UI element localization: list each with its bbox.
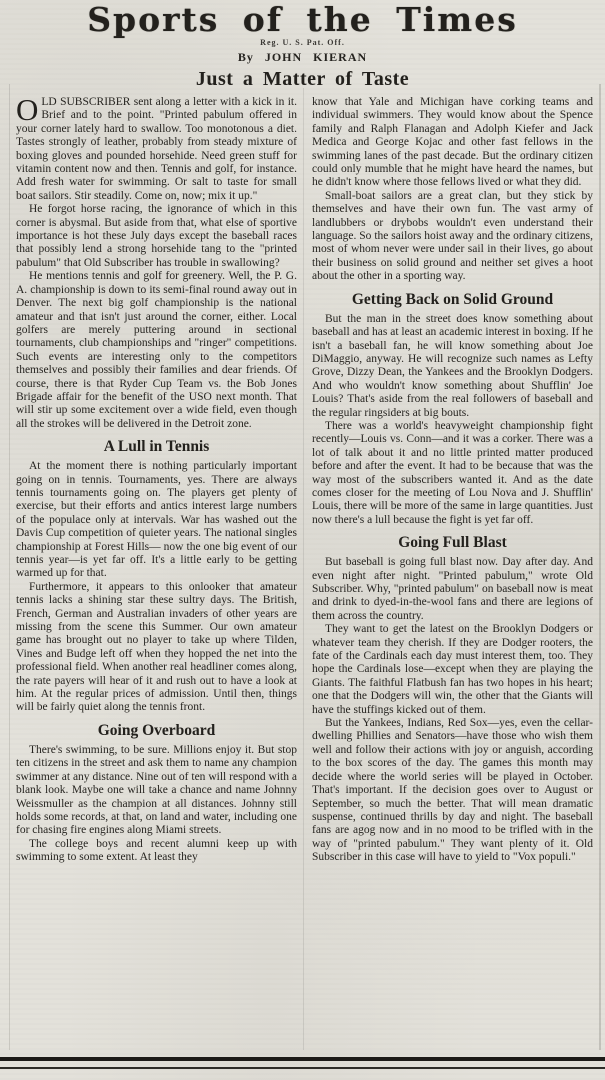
article-paragraph: He mentions tennis and golf for greenery… <box>16 270 297 431</box>
column-title: Sports of the Times <box>0 2 605 38</box>
right-column: know that Yale and Michigan have corking… <box>312 96 593 865</box>
section-heading: Going Overboard <box>16 722 297 740</box>
trademark-line: Reg. U. S. Pat. Off. <box>0 38 605 48</box>
right-margin-rule <box>599 84 601 1050</box>
section-heading: Going Full Blast <box>312 534 593 552</box>
byline: By JOHN KIERAN <box>0 50 605 65</box>
bottom-rule-thin <box>0 1067 605 1069</box>
article-paragraph: There was a world's heavyweight champion… <box>312 420 593 527</box>
newspaper-page: Sports of the Times Reg. U. S. Pat. Off.… <box>0 0 605 1080</box>
bottom-rule-thick <box>0 1057 605 1061</box>
article-paragraph: Small-boat sailors are a great clan, but… <box>312 190 593 284</box>
article-paragraph: The college boys and recent alumni keep … <box>16 838 297 865</box>
article-paragraph: OLD SUBSCRIBER sent along a letter with … <box>16 96 297 203</box>
article-paragraph: But the man in the street does know some… <box>312 313 593 420</box>
drop-cap: O <box>16 96 41 122</box>
article-paragraph: But baseball is going full blast now. Da… <box>312 556 593 623</box>
article-paragraph: He forgot horse racing, the ignorance of… <box>16 203 297 270</box>
article-paragraph: There's swimming, to be sure. Millions e… <box>16 744 297 838</box>
article-paragraph: Furthermore, it appears to this onlooker… <box>16 581 297 715</box>
article-paragraph: know that Yale and Michigan have corking… <box>312 96 593 190</box>
article-paragraph: But the Yankees, Indians, Red Sox—yes, e… <box>312 717 593 864</box>
column-divider-rule <box>303 88 304 1050</box>
section-heading: Getting Back on Solid Ground <box>312 291 593 309</box>
left-margin-rule <box>9 84 10 1050</box>
section-heading: A Lull in Tennis <box>16 438 297 456</box>
masthead: Sports of the Times Reg. U. S. Pat. Off.… <box>0 0 605 91</box>
article-paragraph: At the moment there is nothing particula… <box>16 460 297 581</box>
left-column: OLD SUBSCRIBER sent along a letter with … <box>16 96 297 865</box>
article-paragraph: They want to get the latest on the Brook… <box>312 623 593 717</box>
